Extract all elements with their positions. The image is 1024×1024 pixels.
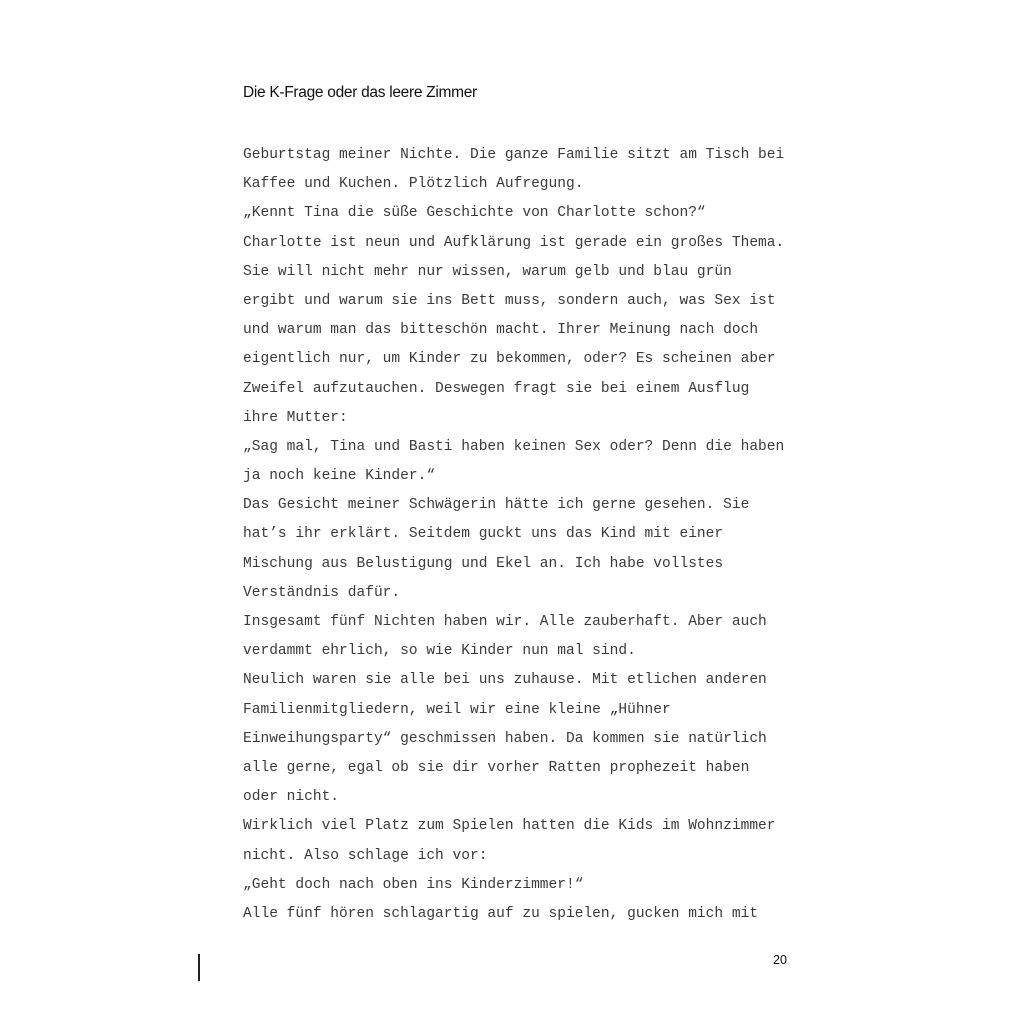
text-line: verdammt ehrlich, so wie Kinder nun mal … bbox=[243, 639, 803, 668]
text-line: nicht. Also schlage ich vor: bbox=[243, 844, 803, 873]
text-line: eigentlich nur, um Kinder zu bekommen, o… bbox=[243, 347, 803, 376]
text-line: Familienmitgliedern, weil wir eine klein… bbox=[243, 698, 803, 727]
text-line: Neulich waren sie alle bei uns zuhause. … bbox=[243, 668, 803, 697]
book-page: Die K-Frage oder das leere Zimmer Geburt… bbox=[0, 0, 1024, 1024]
chapter-title: Die K-Frage oder das leere Zimmer bbox=[243, 84, 477, 102]
page-number: 20 bbox=[773, 953, 787, 967]
text-line: hat’s ihr erklärt. Seitdem guckt uns das… bbox=[243, 522, 803, 551]
text-line: Einweihungsparty“ geschmissen haben. Da … bbox=[243, 727, 803, 756]
text-line: Wirklich viel Platz zum Spielen hatten d… bbox=[243, 814, 803, 843]
text-line: Mischung aus Belustigung und Ekel an. Ic… bbox=[243, 552, 803, 581]
text-line: „Kennt Tina die süße Geschichte von Char… bbox=[243, 201, 803, 230]
text-line: Charlotte ist neun und Aufklärung ist ge… bbox=[243, 231, 803, 260]
text-line: ja noch keine Kinder.“ bbox=[243, 464, 803, 493]
text-line: ihre Mutter: bbox=[243, 406, 803, 435]
text-line: „Sag mal, Tina und Basti haben keinen Se… bbox=[243, 435, 803, 464]
text-line: alle gerne, egal ob sie dir vorher Ratte… bbox=[243, 756, 803, 785]
text-line: Alle fünf hören schlagartig auf zu spiel… bbox=[243, 902, 803, 931]
text-line: Insgesamt fünf Nichten haben wir. Alle z… bbox=[243, 610, 803, 639]
text-line: Zweifel aufzutauchen. Deswegen fragt sie… bbox=[243, 377, 803, 406]
text-line: Geburtstag meiner Nichte. Die ganze Fami… bbox=[243, 143, 803, 172]
text-line: und warum man das bitteschön macht. Ihre… bbox=[243, 318, 803, 347]
text-line: ergibt und warum sie ins Bett muss, sond… bbox=[243, 289, 803, 318]
text-line: oder nicht. bbox=[243, 785, 803, 814]
text-line: Kaffee und Kuchen. Plötzlich Aufregung. bbox=[243, 172, 803, 201]
body-text: Geburtstag meiner Nichte. Die ganze Fami… bbox=[243, 143, 803, 931]
text-line: „Geht doch nach oben ins Kinderzimmer!“ bbox=[243, 873, 803, 902]
text-line: Verständnis dafür. bbox=[243, 581, 803, 610]
text-line: Das Gesicht meiner Schwägerin hätte ich … bbox=[243, 493, 803, 522]
margin-bar bbox=[198, 954, 200, 981]
text-line: Sie will nicht mehr nur wissen, warum ge… bbox=[243, 260, 803, 289]
